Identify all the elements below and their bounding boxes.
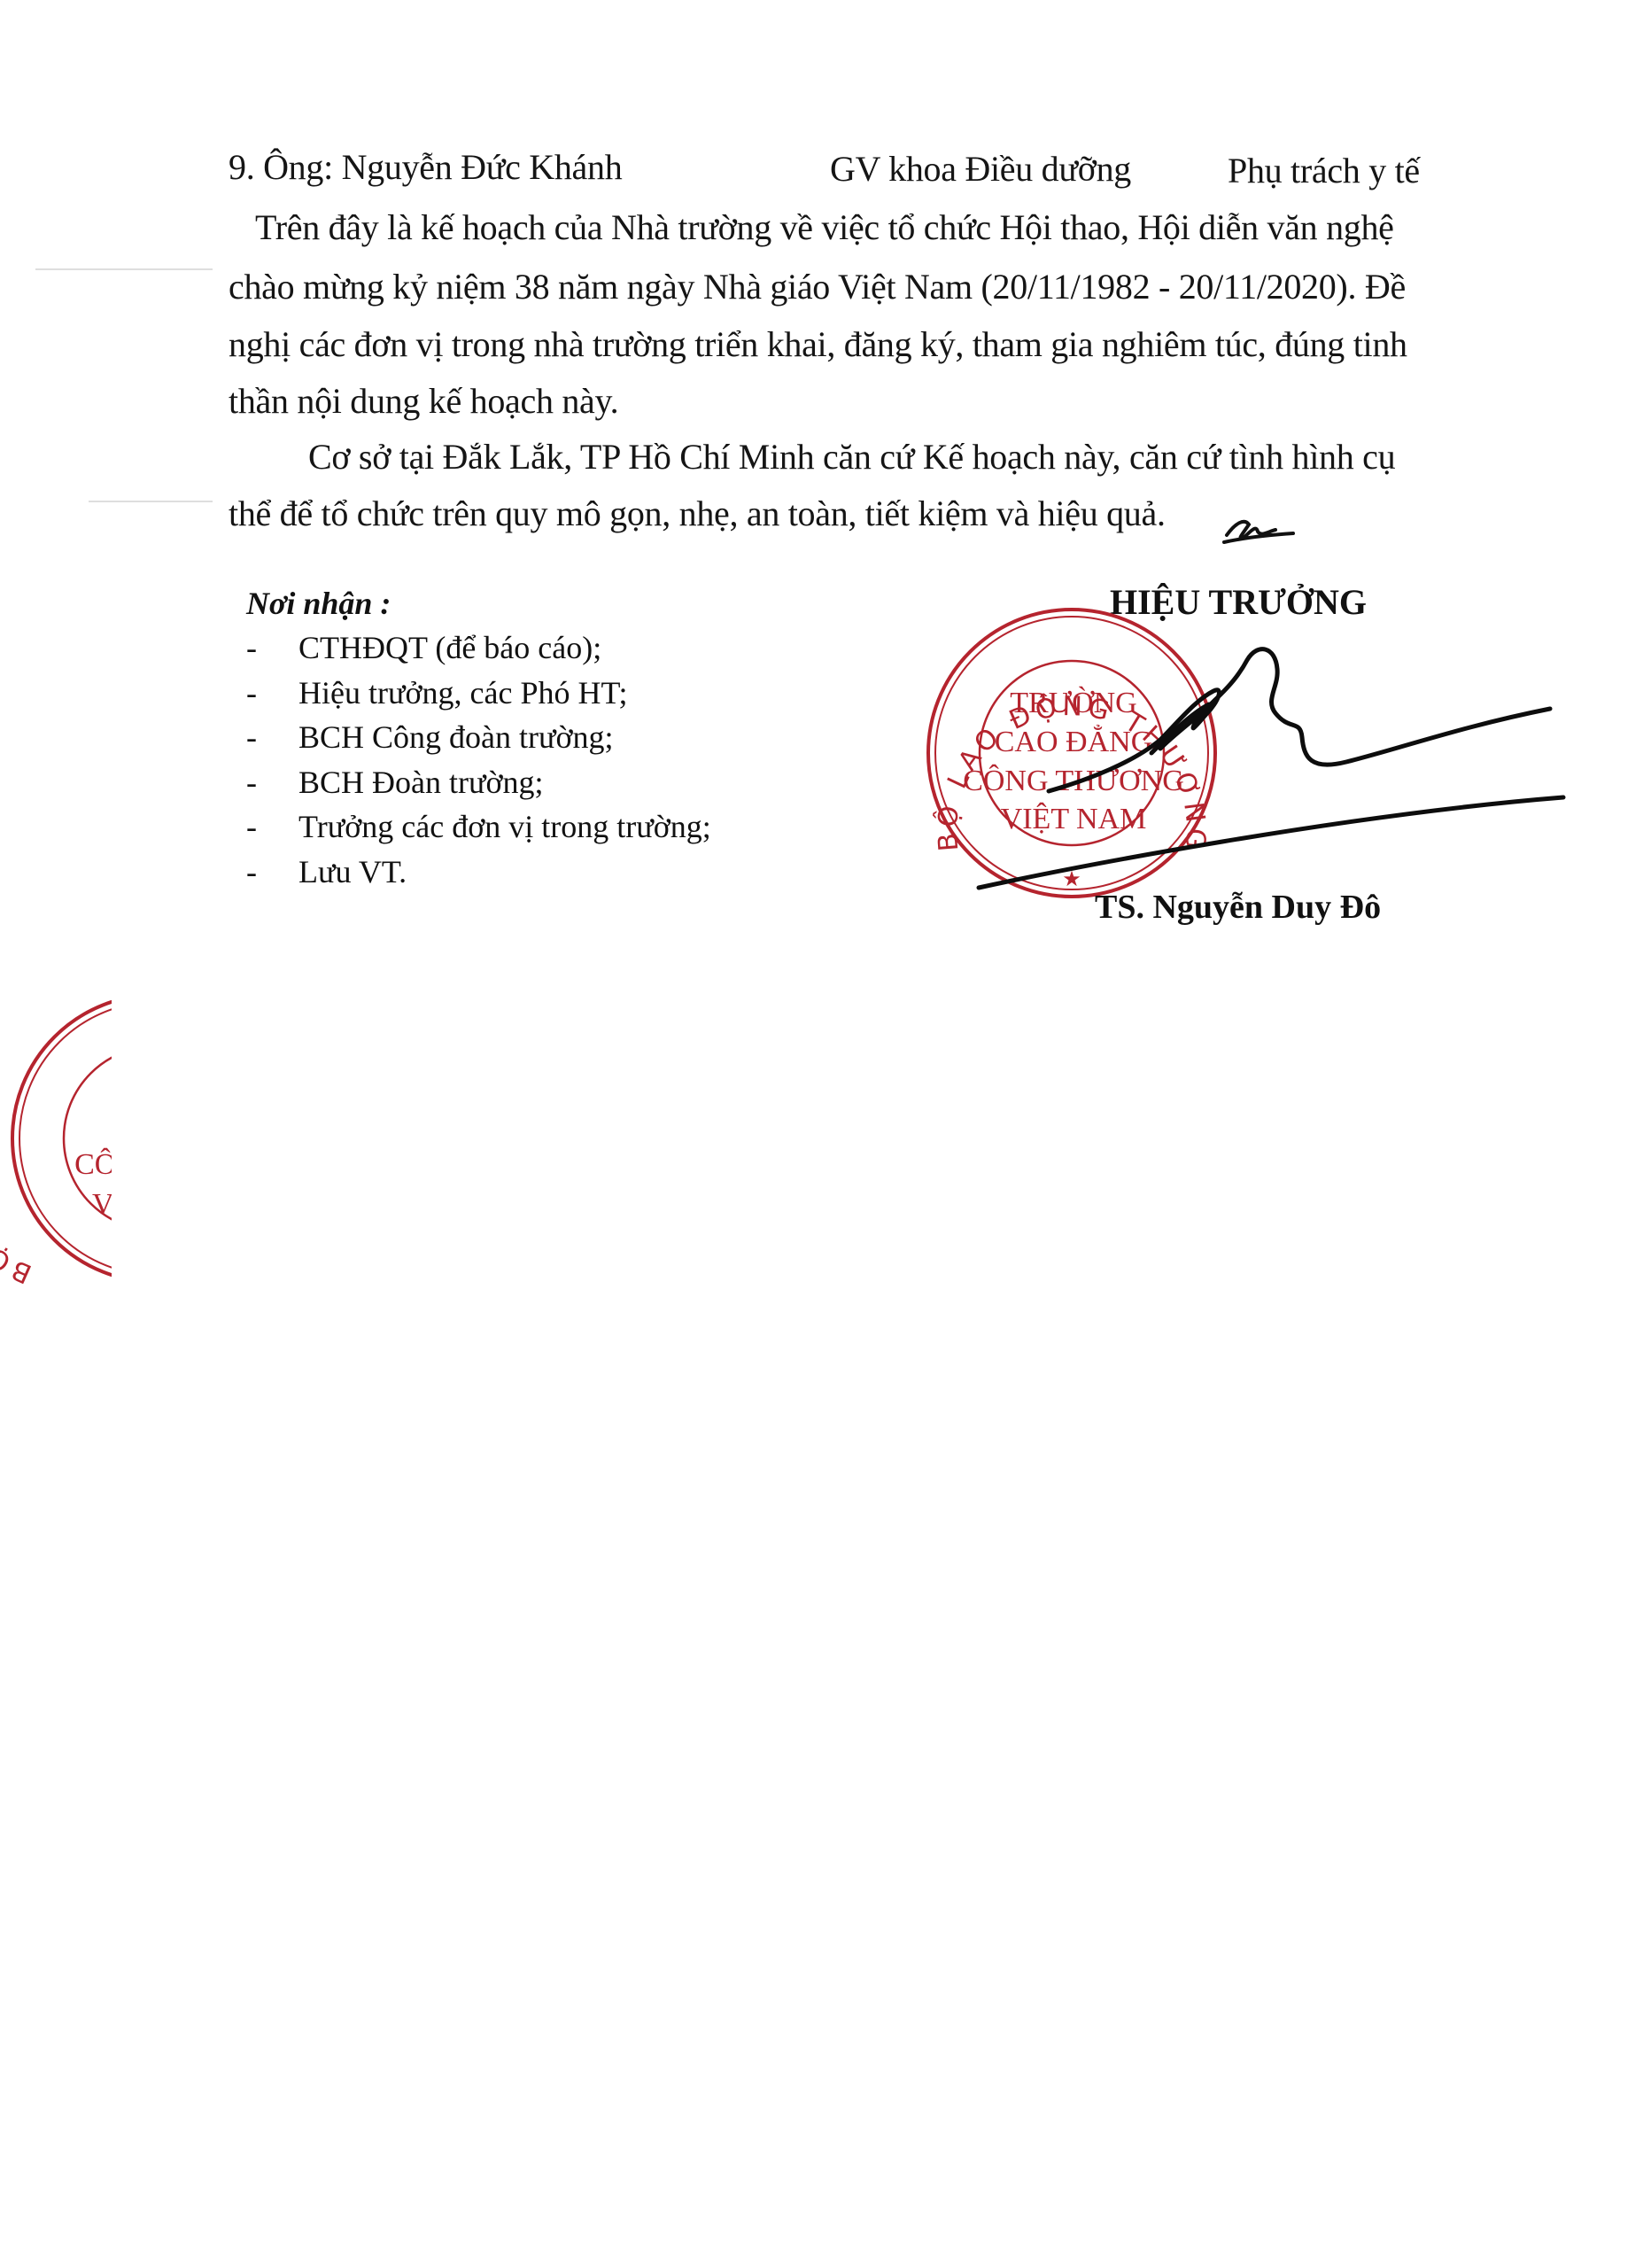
recipients-list: -CTHĐQT (để báo cáo); -Hiệu trưởng, các … (246, 625, 711, 894)
stamp-line-1: TRƯỜNG (1010, 686, 1137, 719)
staff-item-9-name: 9. Ông: Nguyễn Đức Khánh (229, 146, 622, 189)
svg-text:CÔN: CÔN (74, 1147, 138, 1181)
paragraph-1-line-3: nghị các đơn vị trong nhà trường triển k… (229, 323, 1407, 366)
handwritten-signature (979, 649, 1563, 888)
paragraph-2-line-2: thể để tổ chức trên quy mô gọn, nhẹ, an … (229, 493, 1166, 535)
recipient-item: -CTHĐQT (để báo cáo); (246, 625, 711, 671)
scan-artifact (89, 501, 213, 502)
svg-text:VI: VI (92, 1188, 124, 1221)
recipient-item: -Trưởng các đơn vị trong trường; (246, 804, 711, 850)
recipient-item: -Lưu VT. (246, 850, 711, 895)
stamp-star-icon: ★ (1062, 868, 1081, 891)
paragraph-1-line-1: Trên đây là kế hoạch của Nhà trường về v… (255, 206, 1394, 249)
paragraph-1-line-4: thần nội dung kế hoạch này. (229, 380, 618, 423)
stamp-line-2: CAO ĐẲNG (995, 725, 1153, 758)
svg-text:T: T (147, 1069, 166, 1102)
staff-item-9-position: GV khoa Điều dưỡng (830, 148, 1131, 190)
stamp-line-3: CÔNG THƯƠNG (963, 764, 1184, 797)
paragraph-1-line-2: chào mừng kỷ niệm 38 năm ngày Nhà giáo V… (229, 266, 1406, 308)
staff-item-9-role: Phụ trách y tế (1228, 150, 1420, 192)
recipient-item: -BCH Công đoàn trường; (246, 715, 711, 760)
signer-name: TS. Nguyễn Duy Đô (1095, 888, 1381, 927)
paragraph-2-line-1: Cơ sở tại Đắk Lắk, TP Hồ Chí Minh căn cứ… (308, 436, 1395, 478)
svg-text:CA: CA (112, 1108, 154, 1141)
recipient-item: -Hiệu trưởng, các Phó HT; (246, 671, 711, 716)
recipient-item: -BCH Đoàn trường; (246, 760, 711, 805)
stamp-line-4: VIỆT NAM (1001, 803, 1147, 835)
signer-title: HIỆU TRƯỞNG (1110, 581, 1367, 623)
scan-artifact (35, 268, 213, 270)
partial-stamp-outer-text: BỘ LAO ĐỘNG TH (0, 1008, 36, 1289)
recipients-title: Nơi nhận : (246, 585, 391, 622)
